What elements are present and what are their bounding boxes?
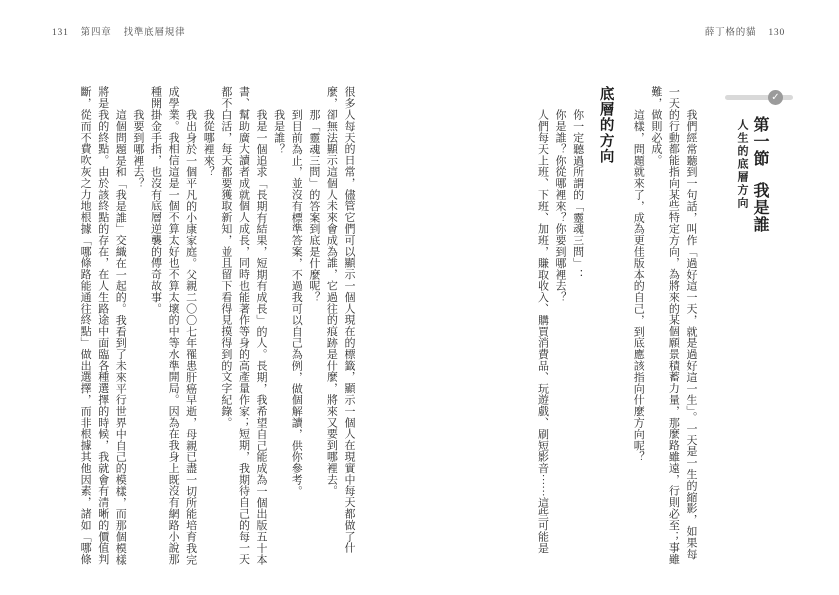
text-column: 很多人每天的日常，儘管它們可以顯示一個人現在的標籤，顯示一個人在現實中每天都做了… [339, 86, 357, 568]
check-icon: ✓ [768, 90, 783, 105]
text-column: 到目前為止，並沒有標準答案，不過我可以自己為例，做個解讀，供你參考。 [287, 86, 305, 568]
section-subheading: 底層的方向 [595, 86, 616, 568]
book-title: 薛丁格的貓 [705, 24, 757, 38]
chapter-label: 第四章 [81, 24, 112, 38]
text-column: 人們每天上班、下班、加班，賺取收入、購買消費品、玩遊戲、刷短影音⋯⋯這些可能是 [533, 86, 551, 568]
left-page-body: 很多人每天的日常，儘管它們可以顯示一個人現在的標籤，顯示一個人在現實中每天都做了… [57, 86, 357, 568]
text-column: 斷，從而不費吹灰之力地根據「哪條路能通往終點」做出選擇，而非根據其他因素，諸如「… [76, 86, 94, 568]
text-column: 這個問題是和「我是誰」交織在一起的。我看到了未來平行世界中自己的模樣，而那個模樣 [111, 86, 129, 568]
text-column: 我從哪裡來？ [199, 86, 217, 568]
left-page-header: 131 第四章 找準底層規律 [52, 24, 185, 38]
right-page-number: 130 [768, 28, 785, 38]
text-column: 我出身於一個平凡的小康家庭。父親二〇〇七年罹患肝癌早逝，母親已盡一切所能培育我完 [181, 86, 199, 568]
text-column: 我們經常聽到一句話，叫作「過好這一天，就是過好這一生」。一天是一生的縮影，如果每 [681, 86, 699, 568]
book-spread: 131 第四章 找準底層規律 薛丁格的貓 130 ✓ 第一節我是誰 人生的底層方… [0, 0, 839, 595]
right-page-body: 我們經常聽到一句話，叫作「過好這一天，就是過好這一生」。一天是一生的縮影，如果每… [487, 86, 699, 568]
left-page-number: 131 [52, 28, 69, 38]
text-column: 我是誰？ [269, 86, 287, 568]
section-subtitle: 人生的底層方向 [734, 119, 750, 210]
text-column: 難，做則必成。 [646, 86, 664, 568]
text-column: 成學業。我相信這是一個不算太好也不算太壞的中等水準開局。因為在我身上既沒有網路小… [163, 86, 181, 568]
text-column: 都不白活，每天都要獲取新知，並且留下看得見摸得到的文字紀錄。 [216, 86, 234, 568]
text-column: 我要到哪裡去？ [128, 86, 146, 568]
section-title: 第一節我是誰 [748, 116, 771, 233]
text-column: 一天的行動都能指向某些特定方向，為將來的某個願景積蓄力量，那麼路雖遠，行則必至；… [664, 86, 682, 568]
text-column: 那「靈魂三問」的答案到底是什麼呢？ [304, 86, 322, 568]
text-column: 你是誰？你從哪裡來？你要到哪裡去？ [550, 86, 568, 568]
right-page-header: 薛丁格的貓 130 [705, 24, 785, 38]
text-column: 麼，卻無法顯示這個人未來會成為誰，它過往的痕跡是什麼，將來又要到哪裡去。 [322, 86, 340, 568]
text-column: 這樣，問題就來了，成為更佳版本的自己，到底應該指向什麼方向呢？ [629, 86, 647, 568]
text-column: 種開掛金手指，也沒有底層逆襲的傳奇故事。 [146, 86, 164, 568]
chapter-title: 找準底層規律 [124, 24, 186, 38]
text-column: 將是我的終點。由於該終點的存在，在人生路途中面臨各種選擇的時候，我就會有清晰的價… [93, 86, 111, 568]
section-number-label: 第一節 [751, 116, 768, 167]
text-column: 你一定聽過所謂的「靈魂三問」： [568, 86, 586, 568]
section-title-text: 我是誰 [751, 182, 768, 233]
text-column: 書、幫助廣大讀者成就個人成長，同時也能著作等身的高產量作家；短期，我期待自己的每… [234, 86, 252, 568]
text-column: 我是一個追求「長期有結果，短期有成長」的人。長期，我希望自己能成為一個出版五十本 [251, 86, 269, 568]
